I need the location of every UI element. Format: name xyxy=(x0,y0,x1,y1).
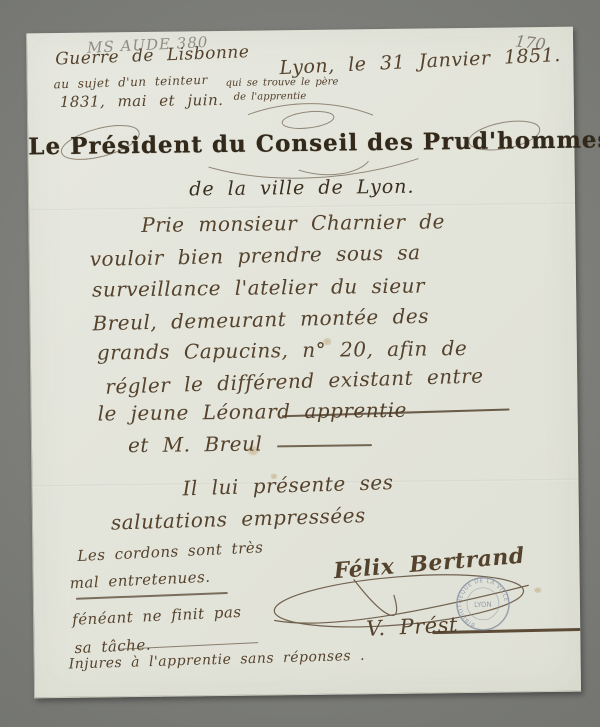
body-line: grands Capucins, n° 20, afin de xyxy=(97,338,468,363)
closing-line: salutations empressées xyxy=(111,505,366,533)
body-line: régler le différend existant entre xyxy=(105,366,484,397)
interlinear-note-line1: qui se trouve le père xyxy=(226,78,339,89)
flourish-rule xyxy=(277,444,372,447)
scanned-letter-photo: { "document_type": "scanned handwritten … xyxy=(0,0,600,727)
body-line: Prie monsieur Charnier de xyxy=(141,211,445,235)
signature-title: V. Prést xyxy=(366,615,459,640)
body-line: Breul, demeurant montée des xyxy=(92,306,429,334)
margin-note-cordons-line1: Les cordons sont très xyxy=(77,540,264,564)
margin-note-feneant-line1: fénéant ne finit pas xyxy=(72,605,242,628)
library-stamp: BIBLIOTHÈQUE DE LA VILLE LYON xyxy=(453,573,514,634)
flourish-rule xyxy=(76,592,228,599)
letter-paper: MS AUDE 380 170 Guerre de Lisbonne au su… xyxy=(26,27,581,699)
stamp-center-text: LYON xyxy=(474,601,492,609)
body-line: et M. Breul xyxy=(128,434,263,456)
body-line: surveillance l'atelier du sieur xyxy=(92,276,425,300)
dateline: Lyon, le 31 Janvier 1851. xyxy=(279,46,561,78)
closing-line: Il lui présente ses xyxy=(182,472,393,498)
collection-note: Guerre de Lisbonne xyxy=(55,44,250,68)
body-line: le jeune Léonard apprentie xyxy=(97,400,407,424)
body-line: vouloir bien prendre sous sa xyxy=(90,242,421,269)
subject-date-note: 1831, mai et juin. xyxy=(60,93,224,110)
margin-note-cordons-line2: mal entretenues. xyxy=(69,570,210,592)
interlinear-note-line2: de l'apprentie xyxy=(234,92,307,103)
subject-note: au sujet d'un teinteur xyxy=(53,74,207,91)
